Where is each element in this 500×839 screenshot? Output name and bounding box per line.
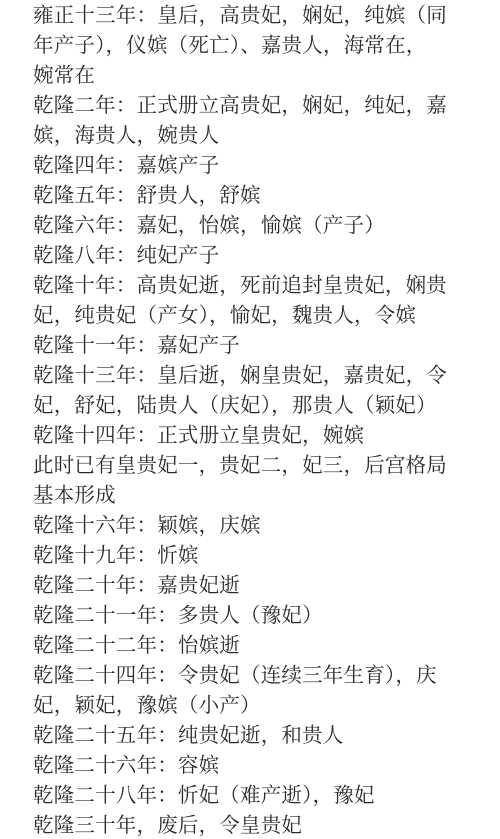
- text-line: 妃，舒妃，陆贵人（庆妃），那贵人（颖妃）: [33, 390, 463, 420]
- text-line: 乾隆十年：高贵妃逝，死前追封皇贵妃，娴贵: [33, 270, 463, 300]
- text-line: 乾隆二十六年：容嫔: [33, 750, 463, 780]
- text-line: 乾隆十九年：忻嫔: [33, 540, 463, 570]
- text-line: 乾隆三十年，废后，令皇贵妃: [33, 810, 463, 839]
- text-line: 乾隆五年：舒贵人，舒嫔: [33, 180, 463, 210]
- text-line: 乾隆十四年：正式册立皇贵妃，婉嫔: [33, 420, 463, 450]
- text-line: 乾隆二十二年：怡嫔逝: [33, 630, 463, 660]
- text-line: 乾隆十一年：嘉妃产子: [33, 330, 463, 360]
- text-line: 年产子），仪嫔（死亡）、嘉贵人，海常在，: [33, 30, 463, 60]
- text-line: 妃，纯贵妃（产女），愉妃，魏贵人，令嫔: [33, 300, 463, 330]
- text-line: 婉常在: [33, 60, 463, 90]
- text-line: 乾隆二十五年：纯贵妃逝，和贵人: [33, 720, 463, 750]
- text-line: 妃，颖妃，豫嫔（小产）: [33, 690, 463, 720]
- text-line: 乾隆四年：嘉嫔产子: [33, 150, 463, 180]
- text-line: 乾隆二十八年：忻妃（难产逝），豫妃: [33, 780, 463, 810]
- text-line: 基本形成: [33, 480, 463, 510]
- text-line: 乾隆十三年：皇后逝，娴皇贵妃，嘉贵妃，令: [33, 360, 463, 390]
- text-line: 乾隆六年：嘉妃，怡嫔，愉嫔（产子）: [33, 210, 463, 240]
- timeline-document: 雍正十三年：皇后，高贵妃，娴妃，纯嫔（同 年产子），仪嫔（死亡）、嘉贵人，海常在…: [33, 0, 463, 839]
- text-line: 嫔，海贵人，婉贵人: [33, 120, 463, 150]
- text-line: 乾隆二十四年：令贵妃（连续三年生育），庆: [33, 660, 463, 690]
- text-line: 此时已有皇贵妃一，贵妃二，妃三，后宫格局: [33, 450, 463, 480]
- text-line: 乾隆八年：纯妃产子: [33, 240, 463, 270]
- text-line: 乾隆二十年：嘉贵妃逝: [33, 570, 463, 600]
- text-line: 乾隆二十一年：多贵人（豫妃）: [33, 600, 463, 630]
- text-line: 乾隆二年：正式册立高贵妃，娴妃，纯妃，嘉: [33, 90, 463, 120]
- text-line: 乾隆十六年：颖嫔，庆嫔: [33, 510, 463, 540]
- text-line: 雍正十三年：皇后，高贵妃，娴妃，纯嫔（同: [33, 0, 463, 30]
